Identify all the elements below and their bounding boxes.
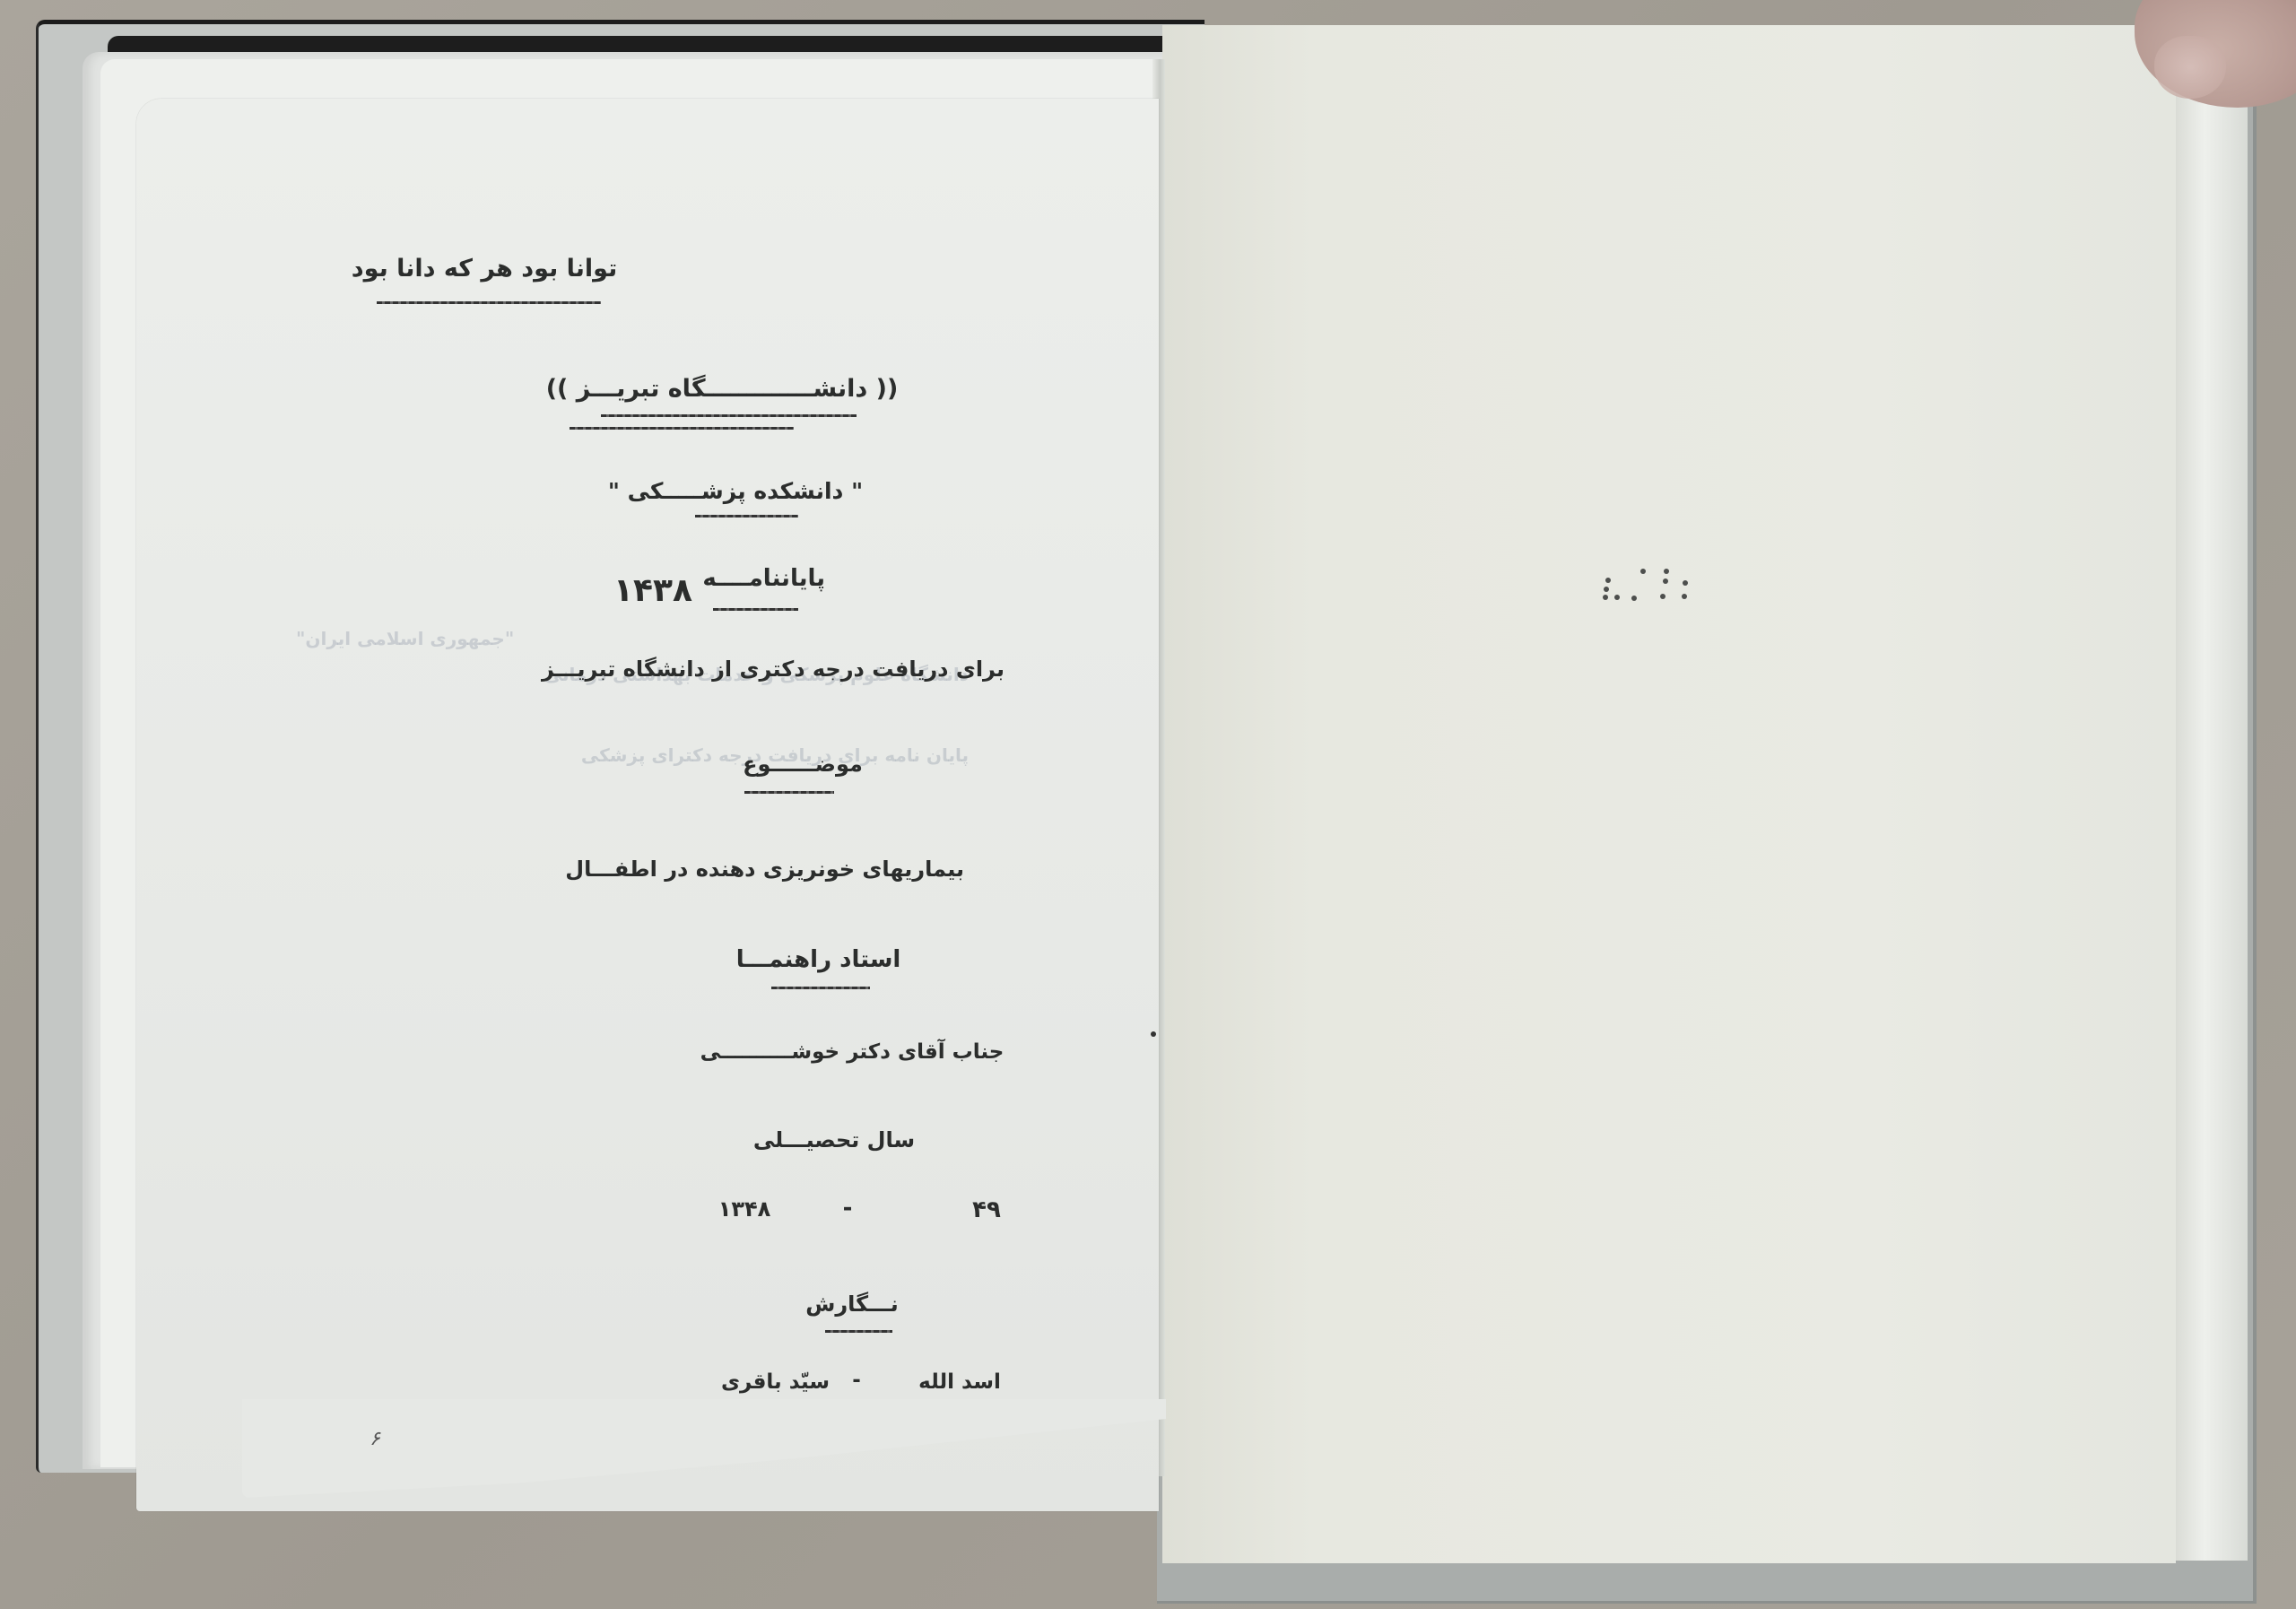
thesis-label-underline bbox=[713, 608, 798, 611]
author-label: نـــگارش bbox=[789, 1292, 915, 1317]
subject-label: موضــــــوع bbox=[709, 752, 897, 777]
university-underline-2 bbox=[570, 427, 794, 430]
author-last-name: سیّد باقری bbox=[731, 1370, 830, 1394]
supervisor-label: استاد راهنمـــا bbox=[735, 946, 901, 973]
thesis-subject: بیماریهای خونریزی دهنده در اطفـــال bbox=[605, 857, 964, 882]
faculty-name: " دانشکده پزشـــــکی " bbox=[583, 478, 888, 504]
thesis-title-sheet bbox=[136, 99, 1159, 1511]
university-underline-1 bbox=[601, 414, 857, 417]
faculty-underline bbox=[695, 515, 798, 517]
supervisor-name: جناب آقای دکتر خوشــــــــــی bbox=[677, 1040, 1027, 1064]
braille-dot bbox=[1664, 569, 1669, 574]
show-through-line-1: "جمهوری اسلامی ایران" bbox=[296, 628, 514, 649]
right-page-edges bbox=[2176, 54, 2248, 1561]
academic-year-separator: - bbox=[830, 1195, 865, 1222]
motto: توانا بود هر که دانا بود bbox=[323, 255, 646, 283]
braille-dot bbox=[1663, 578, 1668, 584]
thesis-label: پایاننامــــه bbox=[709, 565, 825, 592]
braille-dot bbox=[1683, 580, 1688, 586]
braille-dot bbox=[1631, 596, 1637, 601]
braille-dot bbox=[1682, 594, 1687, 599]
author-label-underline bbox=[825, 1330, 892, 1333]
supervisor-label-underline bbox=[771, 987, 870, 989]
thesis-number: ۱۴۳۸ bbox=[599, 572, 707, 609]
right-page[interactable] bbox=[1162, 25, 2176, 1563]
braille-dot bbox=[1614, 595, 1620, 600]
braille-dot bbox=[1603, 595, 1608, 600]
braille-dot bbox=[1660, 594, 1665, 599]
degree-purpose: برای دریافت درجه دکتری از دانشگاه تبریــ… bbox=[565, 657, 1004, 682]
motto-underline bbox=[377, 301, 601, 304]
ink-dot bbox=[1151, 1031, 1156, 1037]
fingernail bbox=[2154, 36, 2226, 99]
academic-year-start: ۴۹ bbox=[960, 1196, 1013, 1223]
academic-year-end: ۱۳۴۸ bbox=[704, 1196, 785, 1222]
author-first-name: اسد الله bbox=[915, 1370, 1004, 1394]
subject-label-underline bbox=[744, 791, 834, 794]
braille-dot bbox=[1605, 578, 1611, 583]
braille-dot bbox=[1640, 569, 1646, 574]
author-name-separator: - bbox=[843, 1369, 870, 1392]
braille-dot bbox=[1604, 587, 1609, 592]
academic-year-label: سال تحصیـــلی bbox=[744, 1127, 924, 1152]
university-name: (( دانشـــــــــــــگاه تبریـــز )) bbox=[489, 375, 955, 403]
pencil-page-number: ۶ bbox=[370, 1428, 380, 1450]
